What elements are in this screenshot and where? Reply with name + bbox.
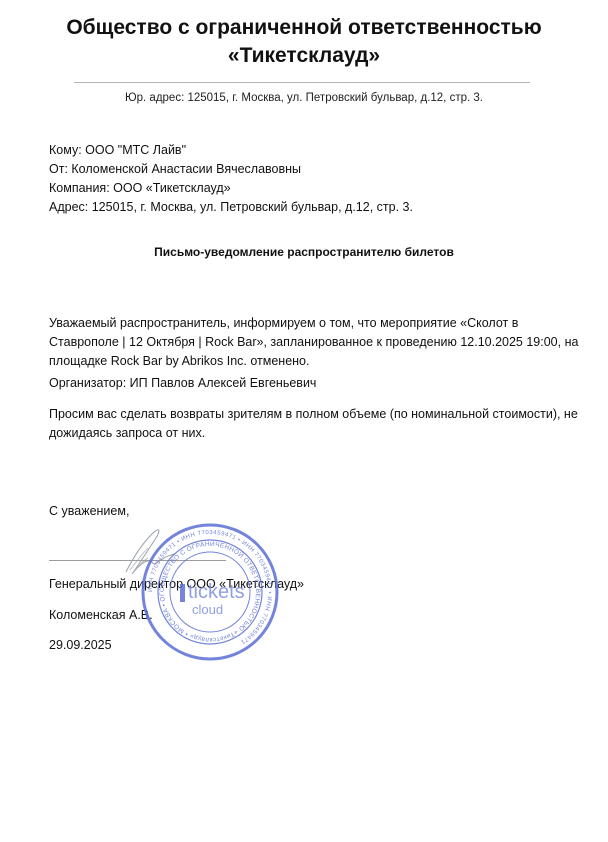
sender: От: Коломенской Анастасии Вячеславовны bbox=[49, 160, 413, 179]
organization-name-line2: «Тикетсклауд» bbox=[0, 42, 608, 70]
header-divider bbox=[74, 82, 530, 83]
recipient: Кому: ООО "МТС Лайв" bbox=[49, 141, 413, 160]
address: Адрес: 125015, г. Москва, ул. Петровский… bbox=[49, 198, 413, 217]
company-seal-icon: ИНН 7703459471 • ИНН 7703459471 • ИНН 77… bbox=[140, 522, 280, 662]
organization-title: Общество с ограниченной ответственностью… bbox=[0, 14, 608, 70]
refund-request-paragraph: Просим вас сделать возвраты зрителям в п… bbox=[49, 405, 579, 443]
organizer-line: Организатор: ИП Павлов Алексей Евгеньеви… bbox=[49, 374, 579, 393]
legal-address: Юр. адрес: 125015, г. Москва, ул. Петров… bbox=[0, 92, 608, 104]
letter-meta: Кому: ООО "МТС Лайв" От: Коломенской Ана… bbox=[49, 141, 413, 217]
signature-line bbox=[49, 560, 226, 561]
signer-name: Коломенская А.В. bbox=[49, 608, 153, 622]
stamp-logo-line2: cloud bbox=[192, 602, 223, 617]
letter-title: Письмо-уведомление распространителю биле… bbox=[0, 245, 608, 259]
cancellation-paragraph: Уважаемый распространитель, информируем … bbox=[49, 314, 579, 371]
closing-regards: С уважением, bbox=[49, 504, 129, 518]
company: Компания: ООО «Тикетсклауд» bbox=[49, 179, 413, 198]
organization-name-line1: Общество с ограниченной ответственностью bbox=[0, 14, 608, 42]
letter-date: 29.09.2025 bbox=[49, 638, 112, 652]
handwritten-signature-icon bbox=[118, 522, 178, 582]
signer-position: Генеральный директор ООО «Тикетсклауд» bbox=[49, 577, 304, 591]
